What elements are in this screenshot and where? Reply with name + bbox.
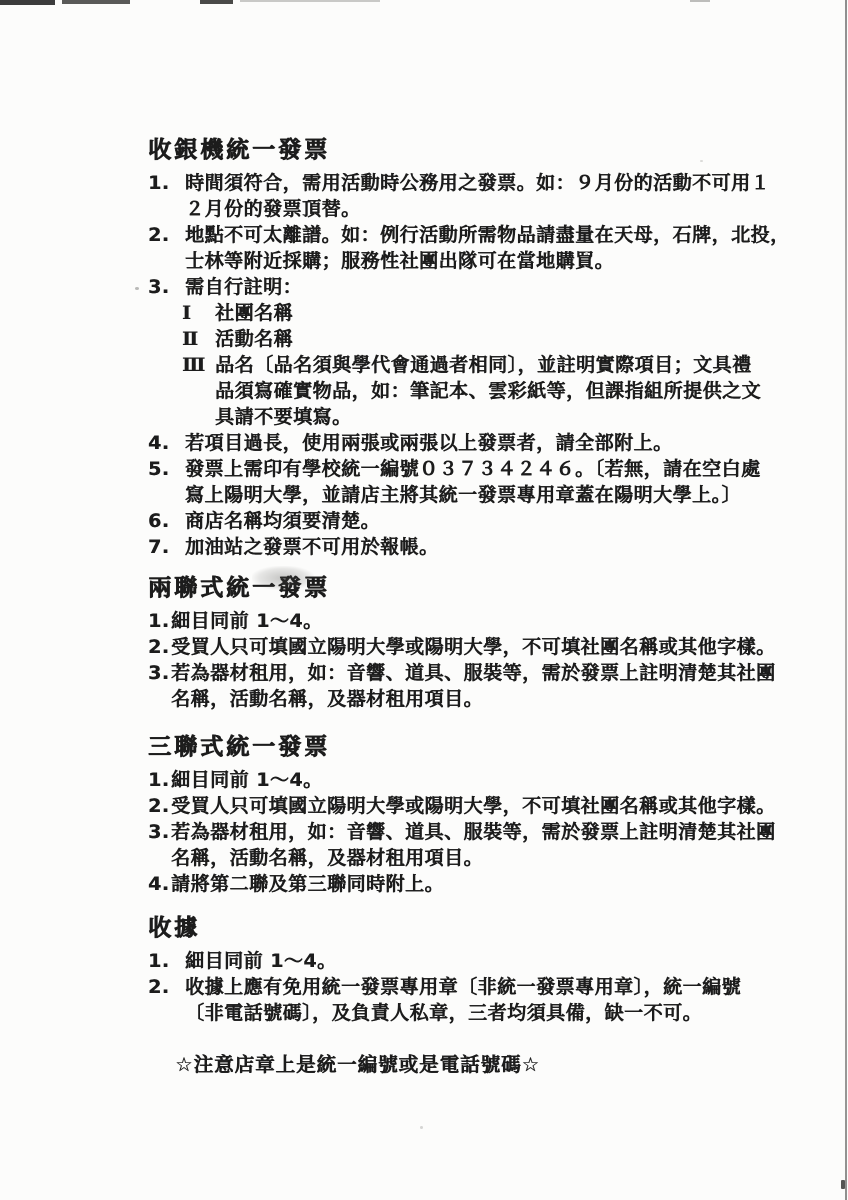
item-line: 商店名稱均須要清楚。 [185,508,380,534]
section-title: 收據 [148,916,798,940]
list-item: 1. 細目同前 1～4。 [148,948,798,974]
section-title: 收銀機統一發票 [148,138,798,162]
item-line: 需自行註明： [185,274,302,300]
item-number: 2. [148,793,171,819]
section-items: 1. 細目同前 1～4。 2. 受買人只可填國立陽明大學或陽明大學，不可填社團名… [148,608,798,712]
list-item: 3. 若為器材租用，如：音響、道具、服裝等，需於發票上註明清楚其社團 名稱，活動… [148,660,798,712]
subitem-numeral: Ⅲ [182,352,215,430]
scan-speck [135,287,139,290]
item-line: 地點不可太離譜。如：例行活動所需物品請盡量在天母，石牌，北投， [185,222,790,248]
list-item: 3. 若為器材租用，如：音響、道具、服裝等，需於發票上註明清楚其社團 名稱，活動… [148,819,798,871]
section-items: 1. 細目同前 1～4。 2. 受買人只可填國立陽明大學或陽明大學，不可填社團名… [148,767,798,897]
sub-list-item: Ⅱ 活動名稱 [182,326,798,352]
scan-speck [585,252,588,255]
scan-artifact-top-strip [0,0,55,5]
item-number: 3. [148,274,185,300]
list-item: 4. 請將第二聯及第三聯同時附上。 [148,871,798,897]
item-number: 3. [148,660,171,712]
item-number: 5. [148,456,185,508]
item-line: 加油站之發票不可用於報帳。 [185,534,439,560]
item-line: 寫上陽明大學，並請店主將其統一發票專用章蓋在陽明大學上。〕 [185,482,761,508]
item-number: 2. [148,974,185,1026]
item-line: 若為器材租用，如：音響、道具、服裝等，需於發票上註明清楚其社團 [171,660,776,686]
scanned-document-page: 收銀機統一發票 1. 時間須符合，需用活動時公務用之發票。如：９月份的活動不可用… [0,0,848,1200]
section-duplicate-invoice: 兩聯式統一發票 1. 細目同前 1～4。 2. 受買人只可填國立陽明大學或陽明大… [148,576,798,712]
sub-list: Ⅰ 社團名稱 Ⅱ 活動名稱 Ⅲ 品名〔品名須與學代 [182,300,798,430]
document-content: 收銀機統一發票 1. 時間須符合，需用活動時公務用之發票。如：９月份的活動不可用… [148,138,798,1078]
item-line: 發票上需印有學校統一編號０３７３４２４６。〔若無，請在空白處 [185,456,761,482]
section-cash-register-invoice: 收銀機統一發票 1. 時間須符合，需用活動時公務用之發票。如：９月份的活動不可用… [148,138,798,560]
subitem-numeral: Ⅰ [182,300,215,326]
item-number: 4. [148,871,171,897]
scan-artifact-top-strip [690,0,710,2]
item-line: 收據上應有免用統一發票專用章〔非統一發票專用章〕，統一編號 [185,974,741,1000]
sub-list-item: Ⅲ 品名〔品名須與學代會通過者相同〕，並註明實際項目；文具禮 品須寫確實物品，如… [182,352,798,430]
scan-artifact-top-strip [200,0,233,4]
scan-artifact-top-strip [240,0,380,2]
list-item: 4. 若項目過長，使用兩張或兩張以上發票者，請全部附上。 [148,430,798,456]
item-number: 2. [148,634,171,660]
list-item: 2. 地點不可太離譜。如：例行活動所需物品請盡量在天母，石牌，北投， 士林等附近… [148,222,798,274]
item-line: 細目同前 1～4。 [171,767,323,793]
item-number: 1. [148,948,185,974]
item-number: 7. [148,534,185,560]
section-receipt: 收據 1. 細目同前 1～4。 2. 收據上應有免用統一發票專用章〔非統一發票專… [148,916,798,1026]
item-line: 受買人只可填國立陽明大學或陽明大學，不可填社團名稱或其他字樣。 [171,793,776,819]
list-item: 5. 發票上需印有學校統一編號０３７３４２４６。〔若無，請在空白處 寫上陽明大學… [148,456,798,508]
section-triplicate-invoice: 三聯式統一發票 1. 細目同前 1～4。 2. 受買人只可填國立陽明大學或陽明大… [148,735,798,897]
item-line: 〔非電話號碼〕，及負責人私章，三者均須具備，缺一不可。 [185,1000,741,1026]
list-item: 2. 受買人只可填國立陽明大學或陽明大學，不可填社團名稱或其他字樣。 [148,634,798,660]
list-item: 1. 時間須符合，需用活動時公務用之發票。如：９月份的活動不可用１ ２月份的發票… [148,170,798,222]
item-line: 活動名稱 [215,326,293,352]
subitem-numeral: Ⅱ [182,326,215,352]
item-line: 細目同前 1～4。 [185,948,337,974]
section-title: 兩聯式統一發票 [148,576,798,600]
footer-note: ☆注意店章上是統一編號或是電話號碼☆ [175,1052,798,1078]
item-line: 品名〔品名須與學代會通過者相同〕，並註明實際項目；文具禮 [215,352,761,378]
item-number: 1. [148,170,185,222]
item-line: 名稱，活動名稱，及器材租用項目。 [171,845,776,871]
item-line: 細目同前 1～4。 [171,608,323,634]
list-item: 1. 細目同前 1～4。 [148,767,798,793]
sub-list-item: Ⅰ 社團名稱 [182,300,798,326]
item-number: 6. [148,508,185,534]
item-number: 1. [148,767,171,793]
item-line: ２月份的發票頂替。 [185,196,770,222]
item-line: 社團名稱 [215,300,293,326]
item-line: 受買人只可填國立陽明大學或陽明大學，不可填社團名稱或其他字樣。 [171,634,776,660]
item-line: 名稱，活動名稱，及器材租用項目。 [171,686,776,712]
scan-artifact-top-strip [62,0,130,4]
scan-speck [700,160,703,162]
item-line: 時間須符合，需用活動時公務用之發票。如：９月份的活動不可用１ [185,170,770,196]
item-number: 2. [148,222,185,274]
item-number: 4. [148,430,185,456]
item-number: 3. [148,819,171,871]
item-line: 士林等附近採購；服務性社團出隊可在當地購買。 [185,248,790,274]
item-line: 具請不要填寫。 [215,404,761,430]
scan-speck [841,1180,845,1189]
list-item: 6. 商店名稱均須要清楚。 [148,508,798,534]
scan-speck [252,958,255,960]
list-item: 2. 收據上應有免用統一發票專用章〔非統一發票專用章〕，統一編號 〔非電話號碼〕… [148,974,798,1026]
list-item: 7. 加油站之發票不可用於報帳。 [148,534,798,560]
scan-smudge [252,566,314,590]
section-title: 三聯式統一發票 [148,735,798,759]
scan-speck [420,1126,423,1129]
item-number: 1. [148,608,171,634]
item-line: 請將第二聯及第三聯同時附上。 [171,871,444,897]
item-line: 若項目過長，使用兩張或兩張以上發票者，請全部附上。 [185,430,673,456]
section-items: 1. 細目同前 1～4。 2. 收據上應有免用統一發票專用章〔非統一發票專用章〕… [148,948,798,1026]
item-line: 若為器材租用，如：音響、道具、服裝等，需於發票上註明清楚其社團 [171,819,776,845]
section-items: 1. 時間須符合，需用活動時公務用之發票。如：９月份的活動不可用１ ２月份的發票… [148,170,798,560]
list-item: 3. 需自行註明： [148,274,798,300]
item-line: 品須寫確實物品，如：筆記本、雲彩紙等，但課指組所提供之文 [215,378,761,404]
scan-edge-shadow [845,0,847,1200]
list-item: 1. 細目同前 1～4。 [148,608,798,634]
list-item: 2. 受買人只可填國立陽明大學或陽明大學，不可填社團名稱或其他字樣。 [148,793,798,819]
